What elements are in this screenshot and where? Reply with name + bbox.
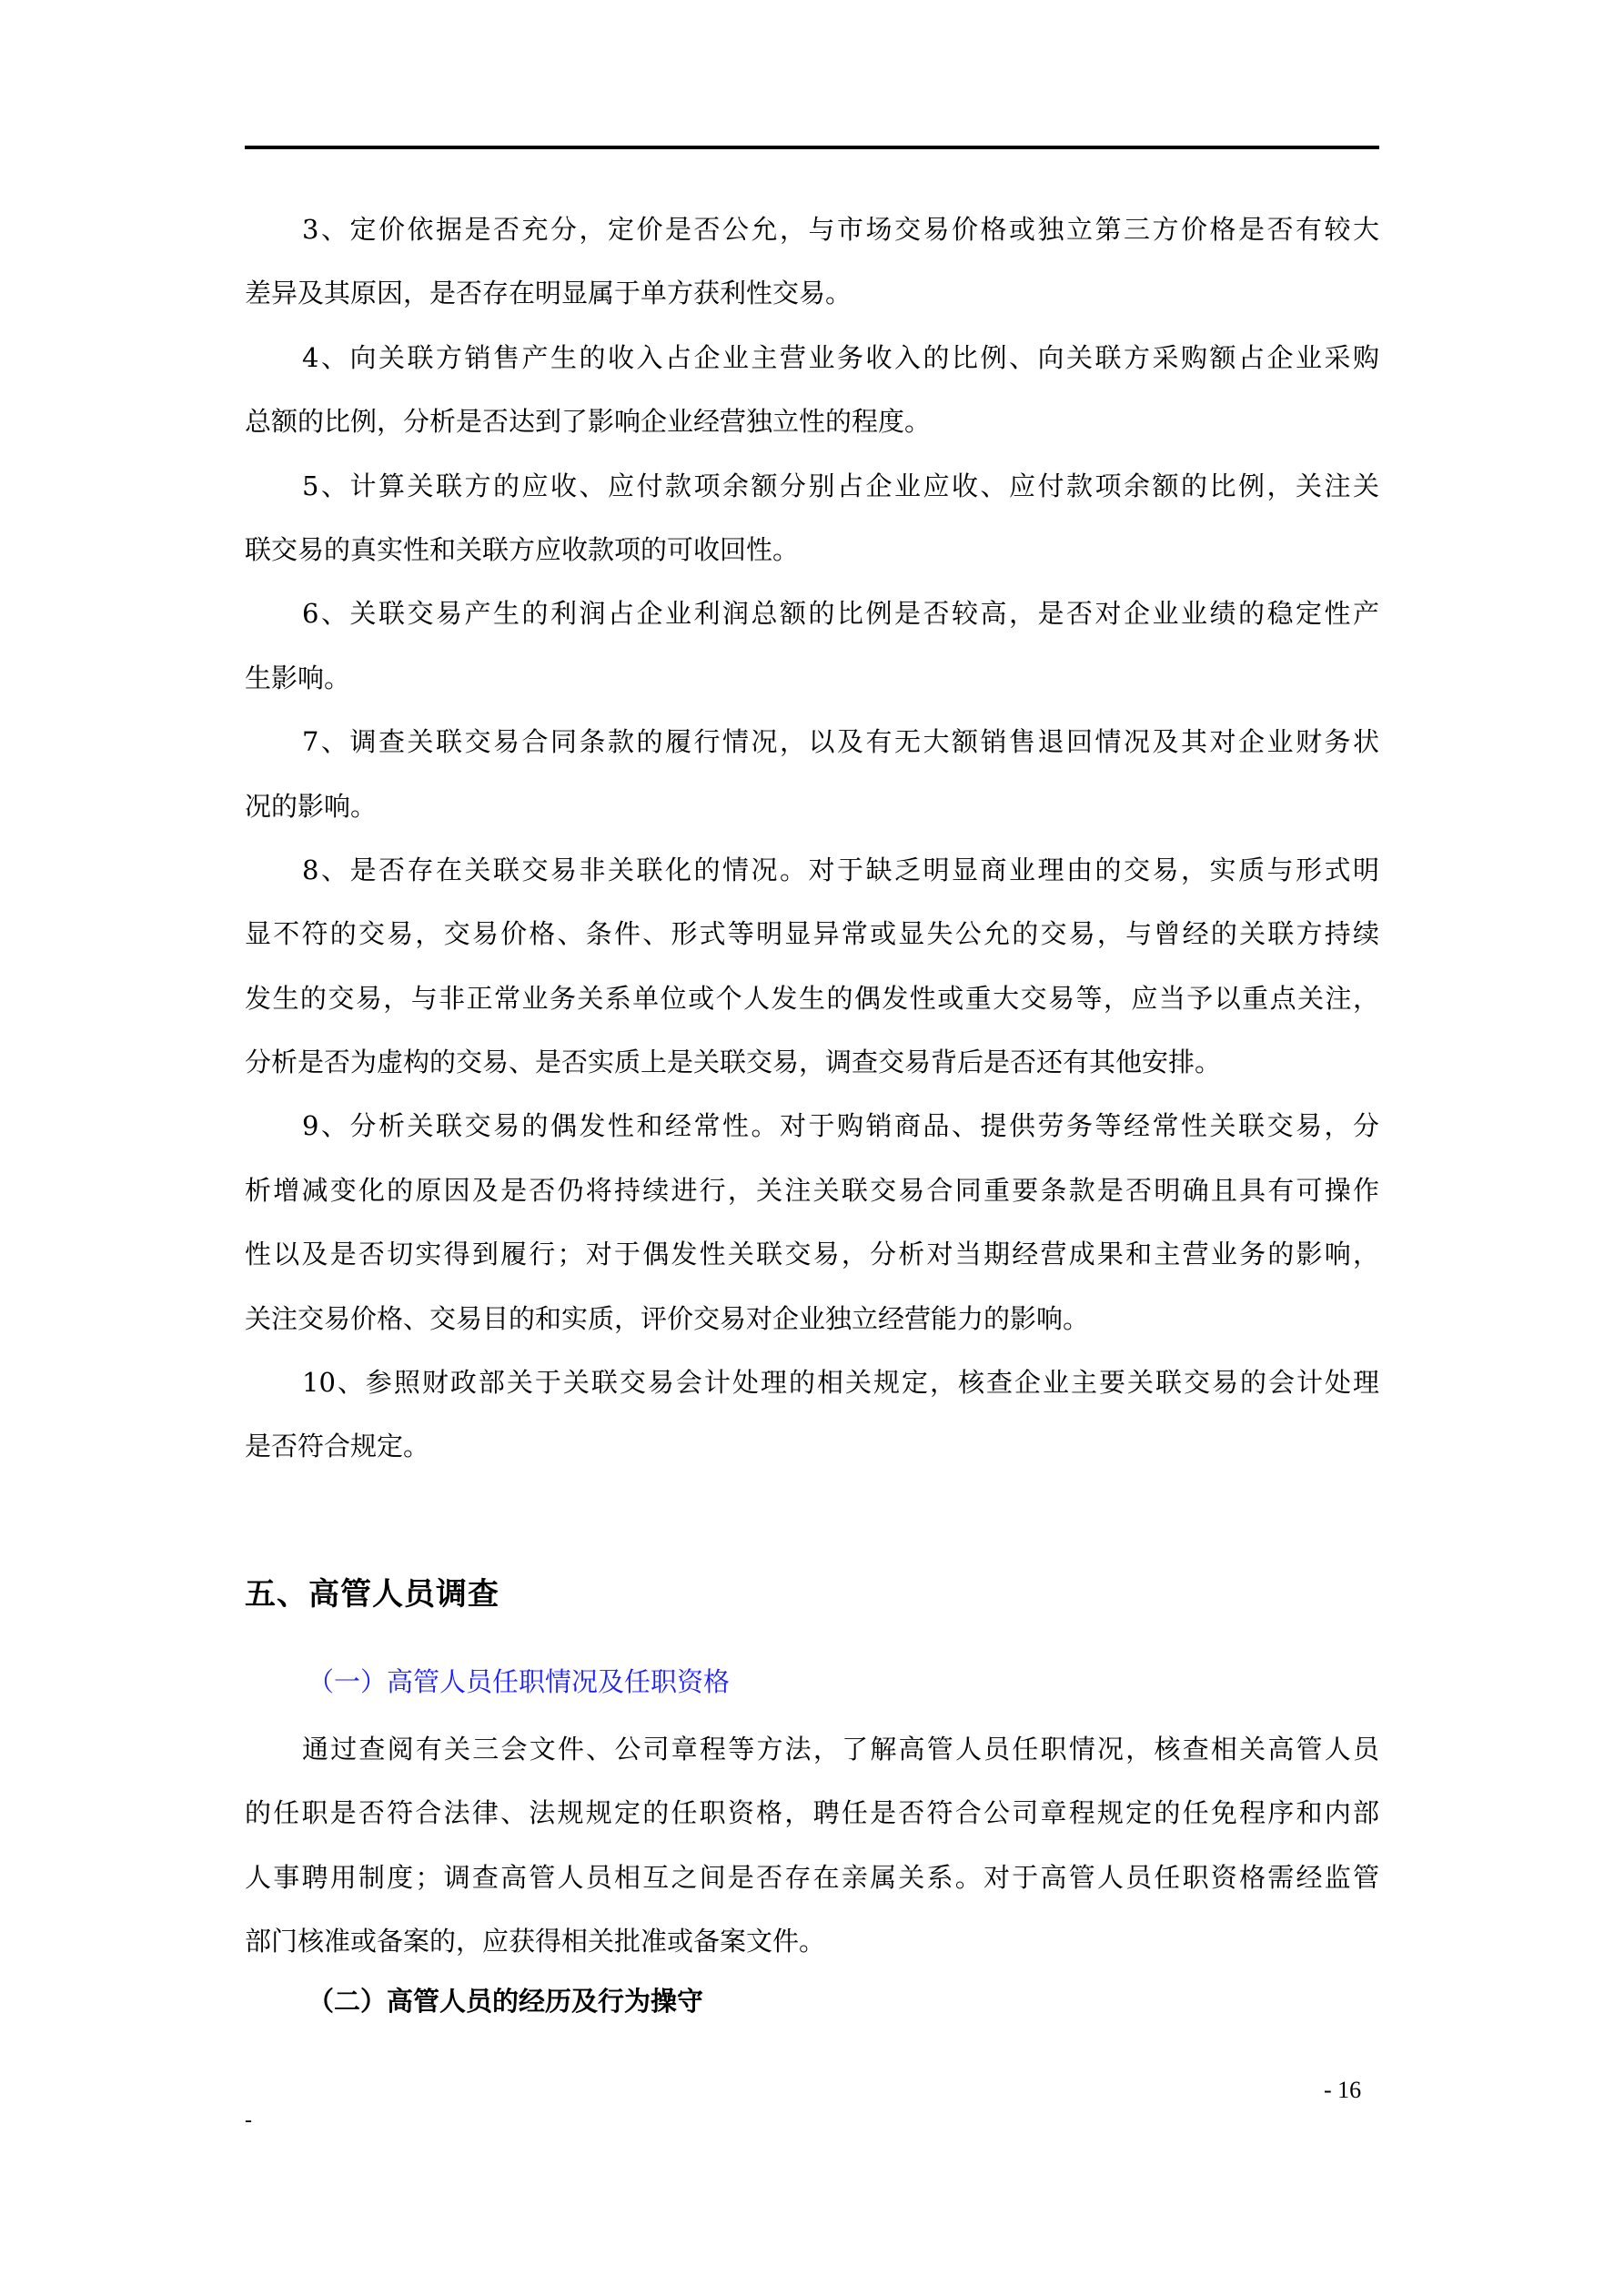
paragraph-line: 分析是否为虚构的交易、是否实质上是关联交易，调查交易背后是否还有其他安排。 xyxy=(245,1030,1379,1094)
paragraph-line: 通过查阅有关三会文件、公司章程等方法，了解高管人员任职情况，核查相关高管人员 xyxy=(245,1717,1379,1781)
paragraph-line: 3、定价依据是否充分，定价是否公允，与市场交易价格或独立第三方价格是否有较大 xyxy=(245,197,1379,261)
paragraph-line: 性以及是否切实得到履行；对于偶发性关联交易，分析对当期经营成果和主营业务的影响， xyxy=(245,1222,1379,1286)
paragraph-line: 4、向关联方销售产生的收入占企业主营业务收入的比例、向关联方采购额占企业采购 xyxy=(245,326,1379,389)
page-number: - 16 xyxy=(1324,2076,1361,2105)
item-4-paragraph: 4、向关联方销售产生的收入占企业主营业务收入的比例、向关联方采购额占企业采购 总… xyxy=(245,326,1379,454)
section-heading: 五、高管人员调查 xyxy=(245,1574,499,1614)
paragraph-line: 人事聘用制度；调查高管人员相互之间是否存在亲属关系。对于高管人员任职资格需经监管 xyxy=(245,1846,1379,1909)
paragraph-line: 生影响。 xyxy=(245,646,1379,710)
paragraph-line: 显不符的交易，交易价格、条件、形式等明显异常或显失公允的交易，与曾经的关联方持续 xyxy=(245,902,1379,966)
footer-mark: - xyxy=(245,2108,252,2133)
subsection-2-title: （二）高管人员的经历及行为操守 xyxy=(308,1982,703,2022)
paragraph-line: 部门核准或备案的，应获得相关批准或备案文件。 xyxy=(245,1909,1379,1973)
paragraph-line: 联交易的真实性和关联方应收款项的可收回性。 xyxy=(245,518,1379,582)
paragraph-line: 总额的比例，分析是否达到了影响企业经营独立性的程度。 xyxy=(245,389,1379,453)
item-10-paragraph: 10、参照财政部关于关联交易会计处理的相关规定，核查企业主要关联交易的会计处理 … xyxy=(245,1350,1379,1479)
paragraph-line: 析增减变化的原因及是否仍将持续进行，关注关联交易合同重要条款是否明确且具有可操作 xyxy=(245,1158,1379,1222)
item-5-paragraph: 5、计算关联方的应收、应付款项余额分别占企业应收、应付款项余额的比例，关注关 联… xyxy=(245,454,1379,582)
related-party-checklist: 3、定价依据是否充分，定价是否公允，与市场交易价格或独立第三方价格是否有较大 差… xyxy=(245,197,1379,1479)
subsection-1-title: （一）高管人员任职情况及任职资格 xyxy=(308,1662,730,1702)
paragraph-line: 8、是否存在关联交易非关联化的情况。对于缺乏明显商业理由的交易，实质与形式明 xyxy=(245,838,1379,902)
item-8-paragraph: 8、是否存在关联交易非关联化的情况。对于缺乏明显商业理由的交易，实质与形式明 显… xyxy=(245,838,1379,1095)
item-6-paragraph: 6、关联交易产生的利润占企业利润总额的比例是否较高，是否对企业业绩的稳定性产 生… xyxy=(245,582,1379,710)
paragraph-line: 的任职是否符合法律、法规规定的任职资格，聘任是否符合公司章程规定的任免程序和内部 xyxy=(245,1781,1379,1845)
paragraph-line: 6、关联交易产生的利润占企业利润总额的比例是否较高，是否对企业业绩的稳定性产 xyxy=(245,582,1379,645)
paragraph-line: 差异及其原因，是否存在明显属于单方获利性交易。 xyxy=(245,261,1379,325)
paragraph-line: 10、参照财政部关于关联交易会计处理的相关规定，核查企业主要关联交易的会计处理 xyxy=(245,1350,1379,1414)
item-9-paragraph: 9、分析关联交易的偶发性和经常性。对于购销商品、提供劳务等经常性关联交易，分 析… xyxy=(245,1094,1379,1350)
subsection-1-paragraph: 通过查阅有关三会文件、公司章程等方法，了解高管人员任职情况，核查相关高管人员 的… xyxy=(245,1717,1379,1974)
paragraph-line: 5、计算关联方的应收、应付款项余额分别占企业应收、应付款项余额的比例，关注关 xyxy=(245,454,1379,518)
paragraph-line: 况的影响。 xyxy=(245,774,1379,838)
item-3-paragraph: 3、定价依据是否充分，定价是否公允，与市场交易价格或独立第三方价格是否有较大 差… xyxy=(245,197,1379,326)
paragraph-line: 发生的交易，与非正常业务关系单位或个人发生的偶发性或重大交易等，应当予以重点关注… xyxy=(245,966,1379,1030)
header-rule xyxy=(245,146,1379,149)
paragraph-line: 7、调查关联交易合同条款的履行情况，以及有无大额销售退回情况及其对企业财务状 xyxy=(245,710,1379,774)
item-7-paragraph: 7、调查关联交易合同条款的履行情况，以及有无大额销售退回情况及其对企业财务状 况… xyxy=(245,710,1379,838)
paragraph-line: 是否符合规定。 xyxy=(245,1414,1379,1478)
paragraph-line: 关注交易价格、交易目的和实质，评价交易对企业独立经营能力的影响。 xyxy=(245,1287,1379,1350)
paragraph-line: 9、分析关联交易的偶发性和经常性。对于购销商品、提供劳务等经常性关联交易，分 xyxy=(245,1094,1379,1158)
